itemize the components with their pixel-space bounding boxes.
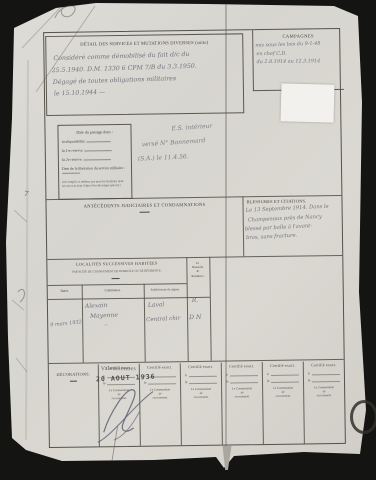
commander-line: recrutement. xyxy=(222,395,262,399)
passage-liberation: Date de la libération du service militai… xyxy=(62,166,126,175)
localites-title: LOCALITÉS SUCCESSIVES HABITÉES xyxy=(47,260,186,267)
certify-title: Certifié exact. xyxy=(142,365,178,370)
campagnes-box: CAMPAGNES mis sous les lois du 9-1-48 en… xyxy=(252,29,344,91)
ink-blot xyxy=(350,400,376,434)
le-label: le xyxy=(226,380,229,384)
handwritten-line: E.S. intérieur xyxy=(171,123,212,133)
table-line xyxy=(48,297,210,300)
white-patch xyxy=(281,83,335,122)
a-label: à xyxy=(267,371,269,375)
dash-rule xyxy=(112,278,120,279)
dash-rule xyxy=(140,212,150,213)
cell-dr: D N xyxy=(189,314,201,321)
passage-row-label: la disponibilité : xyxy=(62,139,87,143)
handwritten-line: Champenoux près de Nancy xyxy=(248,214,322,224)
commander-block: Le Commandant de recrutement. xyxy=(222,387,262,399)
certify-column: Certifié exact. à le Le Commandant de re… xyxy=(221,362,263,445)
cell-commune: .. xyxy=(104,320,108,327)
handwritten-line: bras, sans fracture. xyxy=(246,233,298,241)
passage-liberation-label: Date de la libération du service militai… xyxy=(62,166,125,171)
a-label: à xyxy=(226,372,228,376)
certify-column: Certifié exact. à le Le Commandant de re… xyxy=(180,363,222,446)
certify-column: Certifié exact. à le Le Commandant de re… xyxy=(262,362,304,445)
column-header: Communes. xyxy=(82,288,144,293)
passage-footnote: (Ne remplir ce tableau que pour les homm… xyxy=(62,180,126,188)
column-header: Dates. xyxy=(48,289,82,293)
le-label: le xyxy=(308,378,311,382)
passage-row: la 1re réserve : xyxy=(62,148,112,153)
certify-title: Certifié exact. xyxy=(224,364,260,369)
cell-date: 9 mars 1932 xyxy=(50,319,82,328)
handwritten-line: mis sous les lois du 9-1-48 xyxy=(255,41,320,49)
handwritten-line: blessé par balle à l'avant- xyxy=(245,223,312,232)
handwritten-line: Dégagé de toutes obligations militaires xyxy=(53,75,176,86)
handwritten-line: du 2.8.1914 au 12.3.1914 xyxy=(257,58,321,65)
commander-block: Le Commandant de recrutement. xyxy=(181,388,221,400)
localites-subtitle: PAR SUITE DE CHANGEMENT DE DOMICILE OU D… xyxy=(47,268,186,274)
handwritten-line: versé N° Bonnemard xyxy=(142,137,206,148)
dash-rule xyxy=(70,381,77,382)
passage-row: la disponibilité : xyxy=(62,139,111,144)
passage-row-label: la 2e réserve : xyxy=(62,158,84,162)
cell-subdivision: Laval xyxy=(148,301,165,309)
cell-dr: R. xyxy=(192,298,198,304)
handwritten-line: le 15.10.1944 — xyxy=(54,89,105,98)
commander-line: recrutement. xyxy=(181,395,221,399)
passage-box: Date du passage dans : la disponibilité … xyxy=(57,124,132,200)
passage-row-label: la 1re réserve : xyxy=(62,149,85,153)
commander-block: Le Commandant de recrutement. xyxy=(263,386,303,398)
detail-services-title: DÉTAIL DES SERVICES ET MUTATIONS DIVERSE… xyxy=(46,39,242,47)
certify-title: Certifié exact. xyxy=(265,364,301,369)
cell-commune2: Mayenne xyxy=(90,312,118,320)
section-line xyxy=(47,255,342,260)
certify-column: Certifié exact. à le Le Commandant de re… xyxy=(303,361,345,444)
detail-services-box: DÉTAIL DES SERVICES ET MUTATIONS DIVERSE… xyxy=(45,33,244,116)
decorations-title: DÉCORATIONS. xyxy=(49,371,98,377)
commander-block: Le Commandant de recrutement. xyxy=(304,386,344,398)
commander-line: recrutement. xyxy=(304,393,344,397)
commander-line: recrutement. xyxy=(263,394,303,398)
table-line xyxy=(48,283,187,286)
blessures-title: BLESSURES ET CITATIONS. xyxy=(246,198,306,204)
handwritten-line: 25.5.1940. D.M. 1330 6 CPM 7/B du 3.3.19… xyxy=(52,63,197,75)
passage-title: Date du passage dans : xyxy=(58,129,130,135)
campagnes-title: CAMPAGNES xyxy=(253,33,343,39)
a-label: à xyxy=(185,373,187,377)
dr-header: D. Domicile. R. Résidence. xyxy=(186,261,209,278)
certify-title: Certifié exact. xyxy=(183,365,219,370)
antecedents-title: ANTÉCÉDENTS JUDICIAIRES ET CONDAMNATIONS xyxy=(47,201,243,209)
cell-commune: Alexain xyxy=(85,302,108,310)
a-label: à xyxy=(308,371,310,375)
passage-row: la 2e réserve : xyxy=(62,157,111,162)
handwritten-line: Le 13 Septembre 1914. Dans le xyxy=(246,204,329,214)
table-line xyxy=(209,257,211,361)
cell-subdivision: Central chir xyxy=(146,316,180,324)
handwritten-line: Considéré comme démobilisé du fait d/c d… xyxy=(53,51,189,62)
stamp-place: Valenciennes xyxy=(101,366,136,372)
column-header: Subdivisions de région. xyxy=(144,287,187,292)
signature xyxy=(93,381,172,448)
handwritten-line: (S.A.) le 11.4.56. xyxy=(138,153,189,162)
le-label: le xyxy=(267,379,270,383)
certify-title: Certifié exact. xyxy=(306,363,342,368)
dr-header-line: Résidence. xyxy=(186,273,209,278)
handwritten-line: en chef C.D. xyxy=(256,51,286,57)
le-label: le xyxy=(185,380,188,384)
